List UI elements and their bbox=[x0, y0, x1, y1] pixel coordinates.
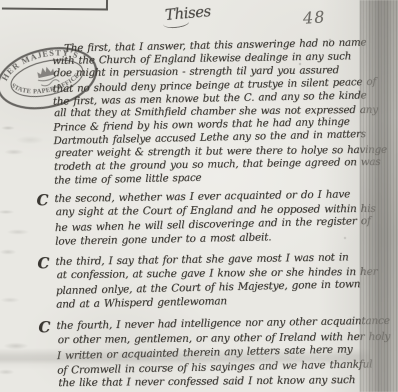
text-line: the like that I never confessed said I n… bbox=[58, 373, 374, 391]
torn-box-fragment bbox=[2, 0, 108, 11]
paragraph-third-answer: C the third, I say that for that she gav… bbox=[55, 250, 372, 311]
paragraph-mark: C bbox=[37, 254, 49, 272]
page-binding-edge bbox=[360, 0, 398, 392]
text-line: greater weight & strength it but were th… bbox=[55, 143, 371, 160]
paragraph-first-answer: The first, that I answer, that this answ… bbox=[52, 37, 370, 187]
paragraph-mark: C bbox=[38, 318, 50, 336]
manuscript-page-scan: Thises 48 HER MAJESTY'S STATE PAPER OFFI… bbox=[0, 0, 398, 392]
paragraph-mark: C bbox=[36, 191, 48, 209]
paragraph-second-answer: C the second, whether was I ever acquain… bbox=[54, 187, 371, 248]
paper-fold-crease bbox=[0, 348, 370, 370]
page-number: 48 bbox=[302, 7, 326, 28]
manuscript-text-block: The first, that I answer, that this answ… bbox=[52, 37, 373, 392]
